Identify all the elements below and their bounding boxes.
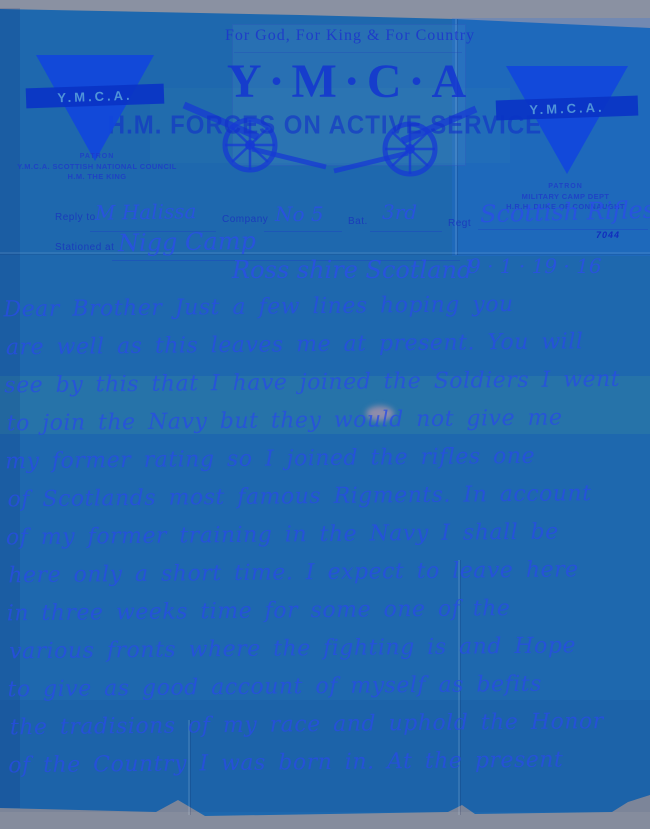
letter-scan: For God, For King & For Country Y·M·C·A … [0,0,650,829]
company-label: Company [222,214,268,225]
form-rule [264,231,342,232]
letter-line: of the Country I was born in. At the pre… [8,747,650,792]
bat-value: 3rd [382,200,417,224]
slogan-text: For God, For King & For Country [150,27,550,45]
form-rule [370,231,442,232]
ymca-band-label: Y.M.C.A. [529,99,605,117]
reply-to-label: Reply to [55,212,96,223]
reply-to-value: M Halissa [95,199,197,225]
location-value: Ross shire Scotland [232,256,472,284]
form-number: 7044 [596,230,620,240]
regt-value: Scottish Rifles [480,196,650,229]
bat-label: Bat. [348,216,368,227]
form-rule [478,229,648,230]
ymca-band-label: Y.M.C.A. [57,87,133,105]
date-value: 9 · 1 · 19 · 16 [468,254,602,278]
patron-line: H.M. THE KING [12,172,182,182]
patron-heading: PATRON [478,182,650,192]
stationed-at-value: Nigg Camp [118,227,256,257]
letter-body: Dear Brother Just a few lines hoping you… [3,291,650,792]
company-value: No 5 [275,202,324,226]
patron-line: Y.M.C.A. SCOTTISH NATIONAL COUNCIL [12,162,182,172]
stationed-at-label: Stationed at [55,242,114,253]
patron-heading: PATRON [12,152,182,162]
patron-block-left: PATRON Y.M.C.A. SCOTTISH NATIONAL COUNCI… [12,152,182,182]
slogan-rule [234,52,462,53]
regt-label: Regt [448,218,471,229]
